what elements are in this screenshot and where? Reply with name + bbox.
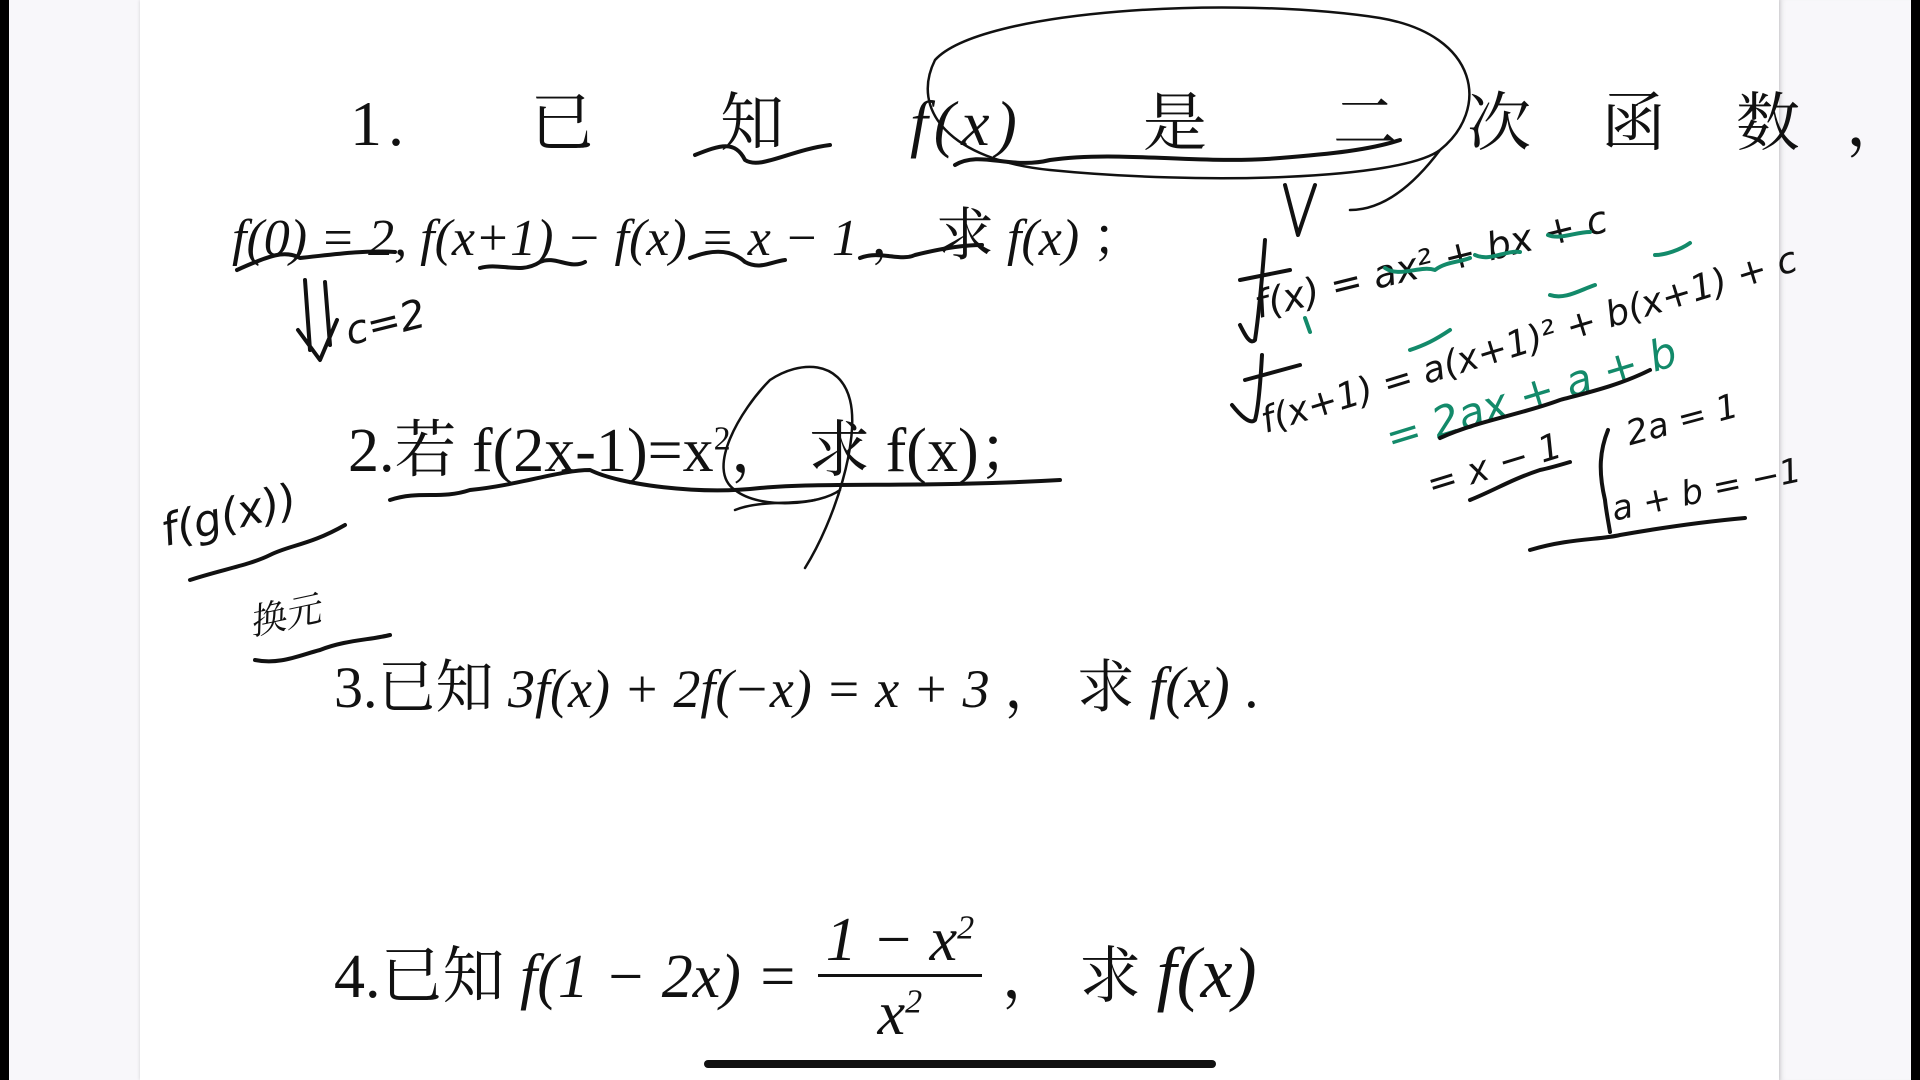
problem-2-statement: 2.若 f(2x-1)=x2， 求 f(x)； [348,400,1041,489]
left-gutter [9,0,140,1080]
problem-3-statement: 3.已知 3f(x) + 2f(−x) = x + 3 ， 求 f(x) . [334,640,1259,724]
problem-number: 2. [348,417,395,485]
condition-f0: f(0) = 2, [232,210,407,267]
problem-1-conditions: f(0) = 2, f(x+1) − f(x) = x − 1 ， 求 f(x)… [232,188,1144,272]
problem-number: 4. [334,943,381,1011]
problem-4-statement: 4.已知 f(1 − 2x) = 1 − x2 x2 ， 求 f(x) [334,910,1257,1056]
problem-number: 1. [350,88,410,159]
condition-difference: f(x+1) − f(x) = x − 1 [420,210,858,267]
problem-1-statement: 1. 已 知 f(x) 是 二 次 函 数 ， 且 [350,72,1920,164]
problem-number: 3. [334,655,378,720]
fraction: 1 − x2 x2 [818,906,982,1052]
